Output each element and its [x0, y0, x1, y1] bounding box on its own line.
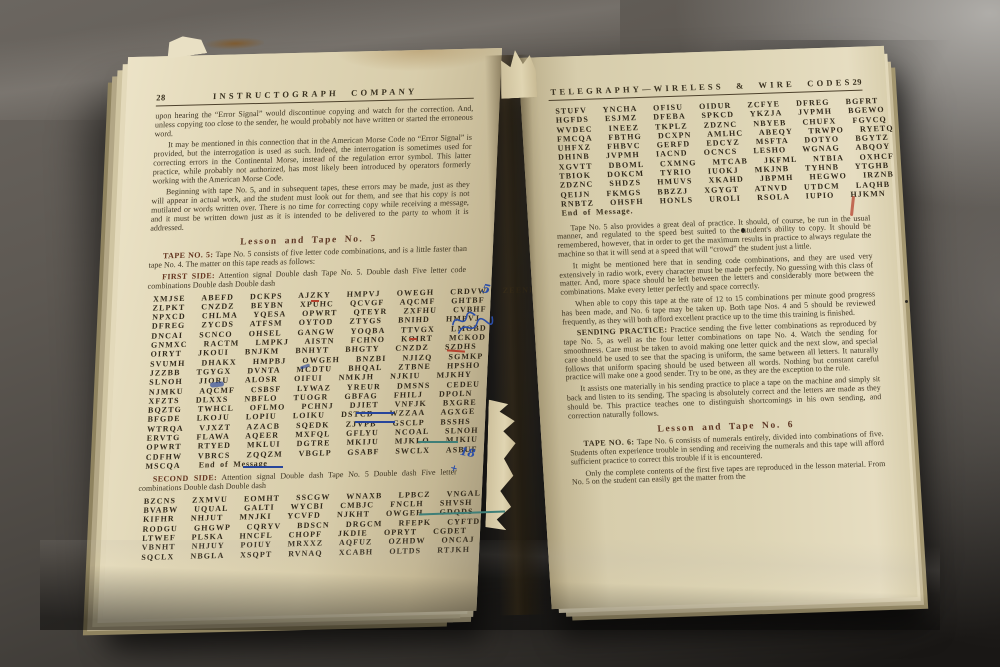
- red-pencil-dash: [311, 300, 319, 302]
- photo-scene: 28 INSTRUCTOGRAPH COMPANY upon hearing t…: [0, 0, 1000, 667]
- paragraph: Beginning with tape No. 5, and in subseq…: [150, 181, 470, 233]
- last-code-group: MSCQA: [145, 461, 181, 471]
- stain: [206, 37, 264, 50]
- code-block-second-side: BZCNS ZXMVU EOMHT SSCGW WNAXB LPBCZ VNGA…: [141, 489, 456, 562]
- ink-underline: [355, 421, 395, 423]
- code-block-first-side: XMJSE ABEFD DCKPS AJZKY HMPVJ OWEGH CRDV…: [146, 287, 466, 462]
- ink-underline: [243, 466, 283, 468]
- end-of-message-label: End of Message.: [561, 207, 633, 218]
- code-block-right: STUFV YNCHA OFISU OIDUR ZCFYE DFREG BGFR…: [555, 97, 869, 209]
- left-page: 28 INSTRUCTOGRAPH COMPANY upon hearing t…: [103, 48, 502, 620]
- ink-speck: [741, 228, 745, 233]
- sending-practice-paragraph: SENDING PRACTICE: Practice sending the f…: [563, 320, 880, 383]
- right-page: TELEGRAPHY—WIRELESS & WIRE CODES 29 STUF…: [518, 46, 918, 609]
- header-spacer: [417, 93, 474, 94]
- ink-underline: [418, 441, 458, 443]
- right-page-number: 29: [852, 77, 862, 87]
- ink-speck: [905, 300, 908, 303]
- paragraph: It may be mentioned in this connection t…: [152, 134, 472, 186]
- left-page-number: 28: [156, 91, 213, 102]
- paragraph: It assists one materially in his sending…: [566, 375, 882, 421]
- handwritten-margin-number: 18: [459, 445, 476, 460]
- ink-underline: [356, 412, 394, 414]
- end-of-message-label: End of Message: [199, 459, 268, 470]
- red-pencil-dash: [409, 338, 417, 340]
